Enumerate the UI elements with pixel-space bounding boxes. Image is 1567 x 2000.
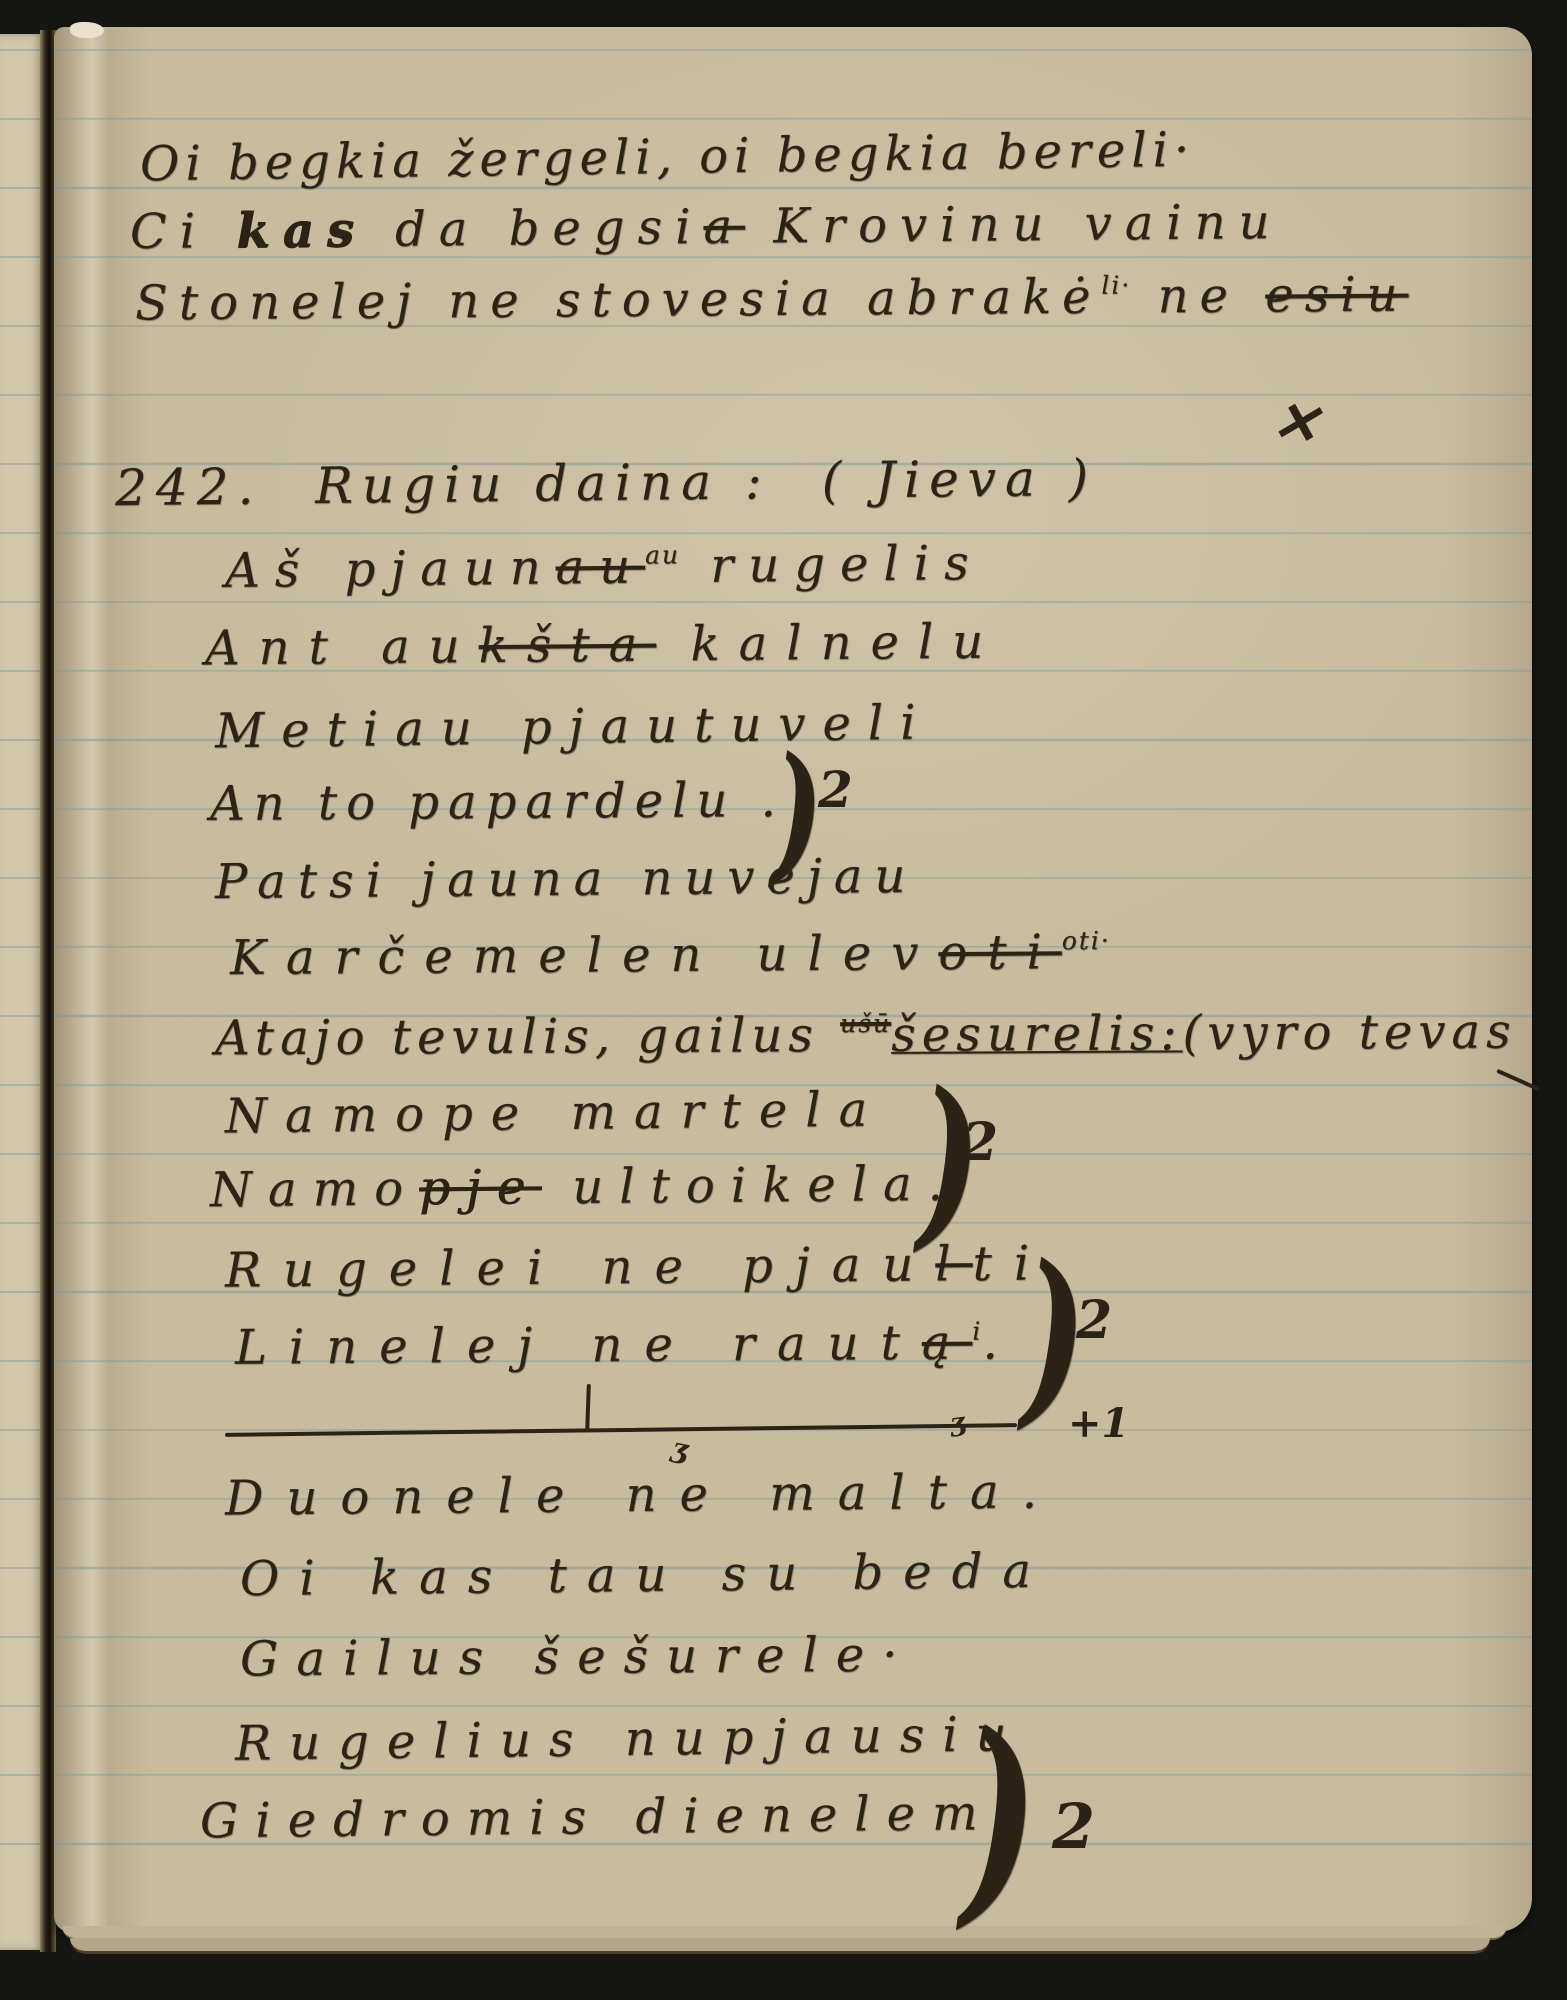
struck-text: kšta: [478, 617, 656, 675]
stray-stroke: [1496, 1069, 1540, 1091]
song-heading: 242. Rugiu daina : ( Jieva ): [115, 450, 1098, 518]
verse-text: Metiau pjautuveli: [215, 695, 933, 760]
verse-line-4: An to papardelu .: [210, 773, 785, 832]
verse-text: .: [982, 1314, 1020, 1370]
verse-text: Linelej ne raut: [235, 1315, 922, 1376]
verse-line-11: Linelej ne rautąi.: [235, 1315, 1020, 1376]
separator-stroke: [225, 1423, 1017, 1437]
verse-line-3: Metiau pjautuveli: [215, 696, 933, 760]
verse-line-5: Patsi jauna nuvejau: [215, 849, 918, 910]
repeat-brace: ): [962, 1712, 1039, 1922]
repeat-count: 2: [1052, 1790, 1095, 1863]
verse-text: Namo: [210, 1160, 420, 1218]
struck-text: esiu: [1265, 267, 1409, 324]
verse-text: Stonelej ne stovesia abrakė: [135, 269, 1102, 332]
scanned-notebook-photo: { "palette": { "background": "#161614", …: [0, 0, 1567, 2000]
superscript-correction: i: [972, 1317, 982, 1346]
superscript-correction: au: [645, 540, 680, 569]
repeat-count: 2: [818, 760, 853, 819]
superscript-correction: oti·: [1062, 926, 1111, 955]
verse-line-16: Giedromis dienelems: [200, 1786, 1037, 1850]
struck-text: l: [935, 1236, 973, 1292]
struck-text: a: [703, 199, 745, 255]
verse-text: Duonele ne malta.: [225, 1463, 1060, 1526]
verse-line-intro-1: Oi begkia žergeli, oi begkia bereli·: [140, 123, 1196, 193]
superscript-correction: ušū: [840, 1009, 891, 1038]
verse-text: rugelis: [680, 535, 984, 594]
overwritten-word: kas: [236, 202, 367, 259]
verse-text: Oi kas tau su beda: [240, 1543, 1051, 1607]
separator-hook: ʒ: [948, 1407, 967, 1439]
verse-line-15: Rugelius nupjausiu: [235, 1707, 1025, 1772]
handwriting-layer: Oi begkia žergeli, oi begkia bereli· Ci …: [0, 0, 1567, 2000]
song-number: 242.: [115, 458, 263, 518]
verse-text: Atajo tevulis, gailus: [215, 1007, 840, 1066]
verse-line-9: Namopje ultoikela.: [210, 1157, 959, 1219]
verse-line-6: Karčemelen ulevotioti·: [230, 925, 1111, 986]
verse-text: Namope martela: [225, 1082, 886, 1145]
verse-text: Krovinu vainu: [745, 194, 1283, 255]
verse-line-8: Namope martela: [225, 1083, 886, 1145]
margin-note: (vyro tevas: [1182, 1004, 1516, 1062]
struck-text: ą: [922, 1315, 973, 1371]
verse-text: Oi begkia žergeli, oi begkia bereli·: [140, 122, 1196, 193]
song-attribution: ( Jieva ): [821, 449, 1097, 510]
verse-text: Aš pjaun: [225, 540, 556, 599]
struck-text: oti: [938, 924, 1062, 981]
struck-text: pje: [419, 1159, 541, 1216]
verse-line-14: Gailus šešurele·: [240, 1628, 916, 1688]
verse-line-intro-2: Ci kas da begsia Krovinu vainu: [130, 195, 1283, 260]
separator-squiggle: ʒ: [669, 1431, 691, 1467]
verse-text: Karčemelen ulev: [230, 925, 939, 986]
verse-line-2: Ant aukšta kalnelu: [205, 615, 1003, 677]
verse-text: Rugelius nupjausiu: [235, 1706, 1025, 1772]
verse-text: ultoikela.: [541, 1156, 959, 1216]
song-title: Rugiu daina :: [315, 452, 771, 515]
plus-one-annotation: +1: [1068, 1400, 1129, 1447]
verse-line-10: Rugelei ne pjaulti: [225, 1236, 1052, 1298]
struck-text: au: [555, 539, 645, 596]
repeat-count: 2: [962, 1112, 998, 1173]
repeat-count: 2: [1076, 1290, 1112, 1351]
verse-text: Rugelei ne pjau: [225, 1236, 936, 1298]
verse-line-intro-3: Stonelej ne stovesia abrakėli· ne esiu: [135, 268, 1409, 332]
separator-tick: [585, 1384, 591, 1432]
verse-text: Giedromis dienelems: [200, 1785, 1037, 1850]
verse-text: Patsi jauna nuvejau: [215, 848, 918, 910]
verse-text: ne: [1131, 268, 1265, 325]
superscript-correction: li·: [1101, 271, 1131, 300]
verse-line-12: Duonele ne malta.: [225, 1464, 1060, 1526]
verse-line-1: Aš pjaunauau rugelis: [225, 536, 984, 599]
verse-text: da begsi: [366, 199, 703, 258]
verse-text: Gailus šešurele·: [240, 1627, 916, 1688]
x-mark: ✕: [1268, 387, 1324, 459]
verse-text: Ant au: [205, 618, 479, 676]
verse-line-13: Oi kas tau su beda: [240, 1544, 1051, 1608]
verse-text: Ci: [130, 203, 237, 260]
verse-text: kalnelu: [656, 614, 1002, 673]
verse-line-7: Atajo tevulis, gailus ušūšesurelis:(vyro…: [215, 1005, 1517, 1067]
verse-text: An to papardelu .: [210, 772, 785, 832]
